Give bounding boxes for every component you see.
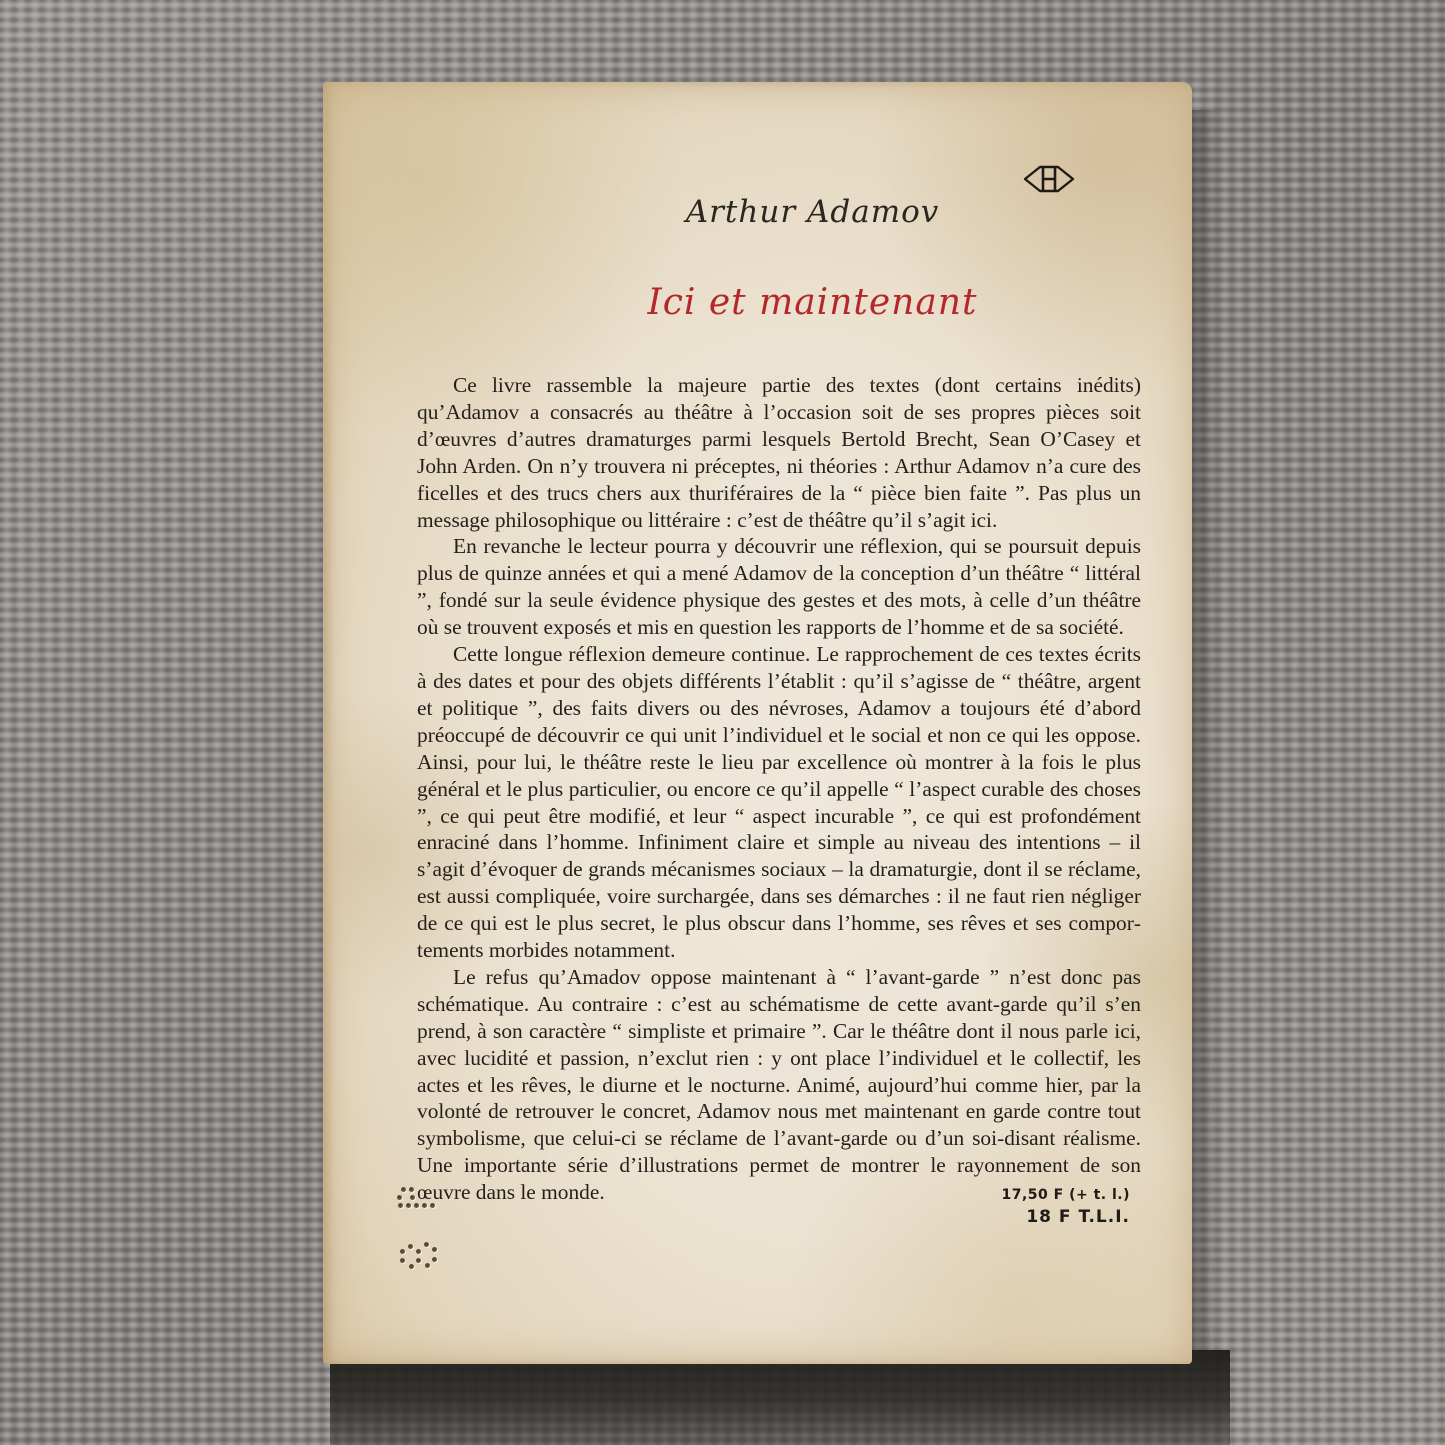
blurb-text: Ce livre rassemble la majeure partie des…	[417, 372, 1141, 1206]
book-back-cover: Arthur Adamov Ici et maintenant Ce livre…	[323, 82, 1192, 1364]
book-side-shadow	[1190, 110, 1220, 1360]
perforated-mark-icon	[395, 1185, 435, 1215]
blurb-paragraph: Cette longue réflexion demeure continue.…	[417, 641, 1141, 964]
blurb-paragraph: En revanche le lecteur pourra y découvri…	[417, 533, 1141, 641]
perforated-mark-icon	[395, 1242, 435, 1272]
blurb-paragraph: Le refus qu’Amadov oppose maintenant à “…	[417, 964, 1141, 1206]
price-line-2: 18 F T.L.I.	[1002, 1207, 1131, 1227]
author-name: Arthur Adamov	[323, 194, 1192, 230]
blurb-paragraph: Ce livre rassemble la majeure partie des…	[417, 372, 1141, 533]
price-line-1: 17,50 F (+ t. l.)	[1002, 1187, 1131, 1203]
price-label: 17,50 F (+ t. l.) 18 F T.L.I.	[1002, 1187, 1131, 1227]
publisher-logo-icon	[1023, 162, 1075, 196]
book-shadow	[330, 1350, 1230, 1445]
book-title: Ici et maintenant	[323, 282, 1192, 323]
